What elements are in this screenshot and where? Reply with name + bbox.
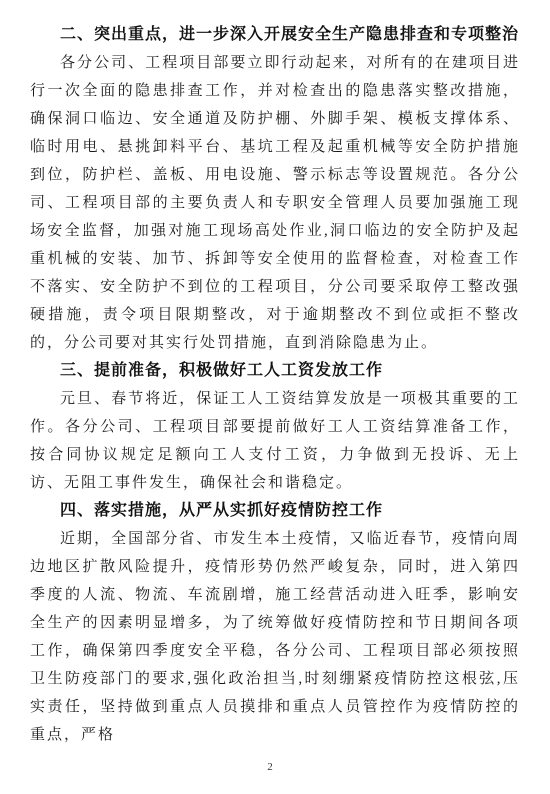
- section-heading-4: 四、落实措施，从严从实抓好疫情防控工作: [30, 497, 520, 525]
- section-paragraph-3: 元旦、春节将近，保证工人工资结算发放是一项极其重要的工作。各分公司、工程项目部要…: [30, 385, 520, 497]
- section-paragraph-2: 各分公司、工程项目部要立即行动起来，对所有的在建项目进行一次全面的隐患排查工作，…: [30, 49, 520, 357]
- section-heading-3: 三、提前准备，积极做好工人工资发放工作: [30, 357, 520, 385]
- page-number: 2: [267, 761, 273, 773]
- section-paragraph-4: 近期，全国部分省、市发生本土疫情，又临近春节，疫情向周边地区扩散风险提升，疫情形…: [30, 525, 520, 749]
- page-footer: 2: [0, 757, 540, 775]
- document-page: 二、突出重点，进一步深入开展安全生产隐患排查和专项整治 各分公司、工程项目部要立…: [0, 0, 550, 794]
- section-heading-2: 二、突出重点，进一步深入开展安全生产隐患排查和专项整治: [30, 21, 520, 49]
- document-body: 二、突出重点，进一步深入开展安全生产隐患排查和专项整治 各分公司、工程项目部要立…: [30, 21, 520, 749]
